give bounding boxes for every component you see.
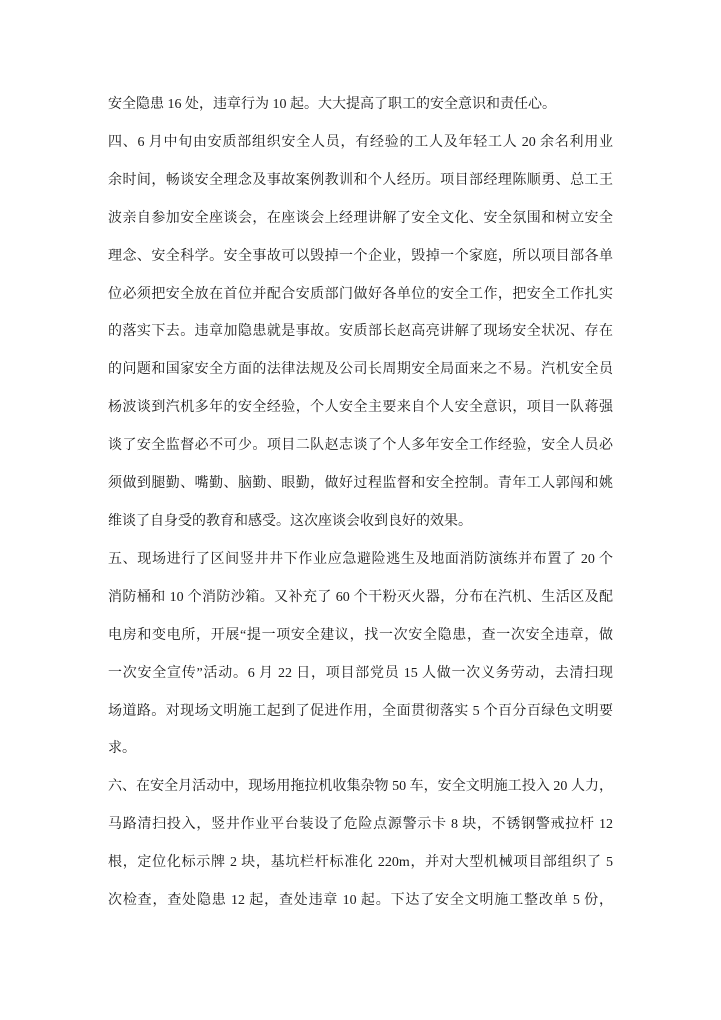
text-line: 五、现场进行了区间竖井井下作业应急避险逃生及地面消防演练并布置了 20 个 [108,541,613,579]
text-line: 电房和变电所，开展“提一项安全建议，找一次安全隐患，查一次安全违章，做 [108,617,613,655]
text-line: 一次安全宣传”活动。6 月 22 日，项目部党员 15 人做一次义务劳动，去清扫… [108,655,613,693]
text-line: 谈了安全监督必不可少。项目二队赵志谈了个人多年安全工作经验，安全人员必 [108,427,613,465]
text-line: 消防桶和 10 个消防沙箱。又补充了 60 个干粉灭火器，分布在汽机、生活区及配 [108,579,613,617]
text-line: 马路清扫投入，竖井作业平台装设了危险点源警示卡 8 块，不锈钢警戒拉杆 12 [108,806,613,844]
text-line: 维谈了自身受的教育和感受。这次座谈会收到良好的效果。 [108,503,613,541]
text-line: 次检查，查处隐患 12 起，查处违章 10 起。下达了安全文明施工整改单 5 份… [108,882,613,920]
text-line: 的问题和国家安全方面的法律法规及公司长周期安全局面来之不易。汽机安全员 [108,351,613,389]
text-line: 四、6 月中旬由安质部组织安全人员，有经验的工人及年轻工人 20 余名利用业 [108,124,613,162]
text-line: 理念、安全科学。安全事故可以毁掉一个企业，毁掉一个家庭，所以项目部各单 [108,238,613,276]
text-line: 六、在安全月活动中，现场用拖拉机收集杂物 50 车，安全文明施工投入 20 人力… [108,768,613,806]
text-line: 须做到腿勤、嘴勤、脑勤、眼勤，做好过程监督和安全控制。青年工人郭闯和姚 [108,465,613,503]
text-line: 根，定位化标示牌 2 块，基坑栏杆标准化 220m，并对大型机械项目部组织了 5 [108,844,613,882]
document-page: 安全隐患 16 处，违章行为 10 起。大大提高了职工的安全意识和责任心。四、6… [0,0,721,1020]
text-line: 杨波谈到汽机多年的安全经验，个人安全主要来自个人安全意识，项目一队蒋强 [108,389,613,427]
text-line: 的落实下去。违章加隐患就是事故。安质部长赵高亮讲解了现场安全状况、存在 [108,313,613,351]
document-content: 安全隐患 16 处，违章行为 10 起。大大提高了职工的安全意识和责任心。四、6… [108,86,613,920]
text-line: 位必须把安全放在首位并配合安质部门做好各单位的安全工作，把安全工作扎实 [108,276,613,314]
text-line: 求。 [108,730,613,768]
text-line: 余时间，畅谈安全理念及事故案例教训和个人经历。项目部经理陈顺勇、总工王 [108,162,613,200]
text-line: 波亲自参加安全座谈会，在座谈会上经理讲解了安全文化、安全氛围和树立安全 [108,200,613,238]
text-line: 安全隐患 16 处，违章行为 10 起。大大提高了职工的安全意识和责任心。 [108,86,613,124]
text-line: 场道路。对现场文明施工起到了促进作用，全面贯彻落实 5 个百分百绿色文明要 [108,693,613,731]
